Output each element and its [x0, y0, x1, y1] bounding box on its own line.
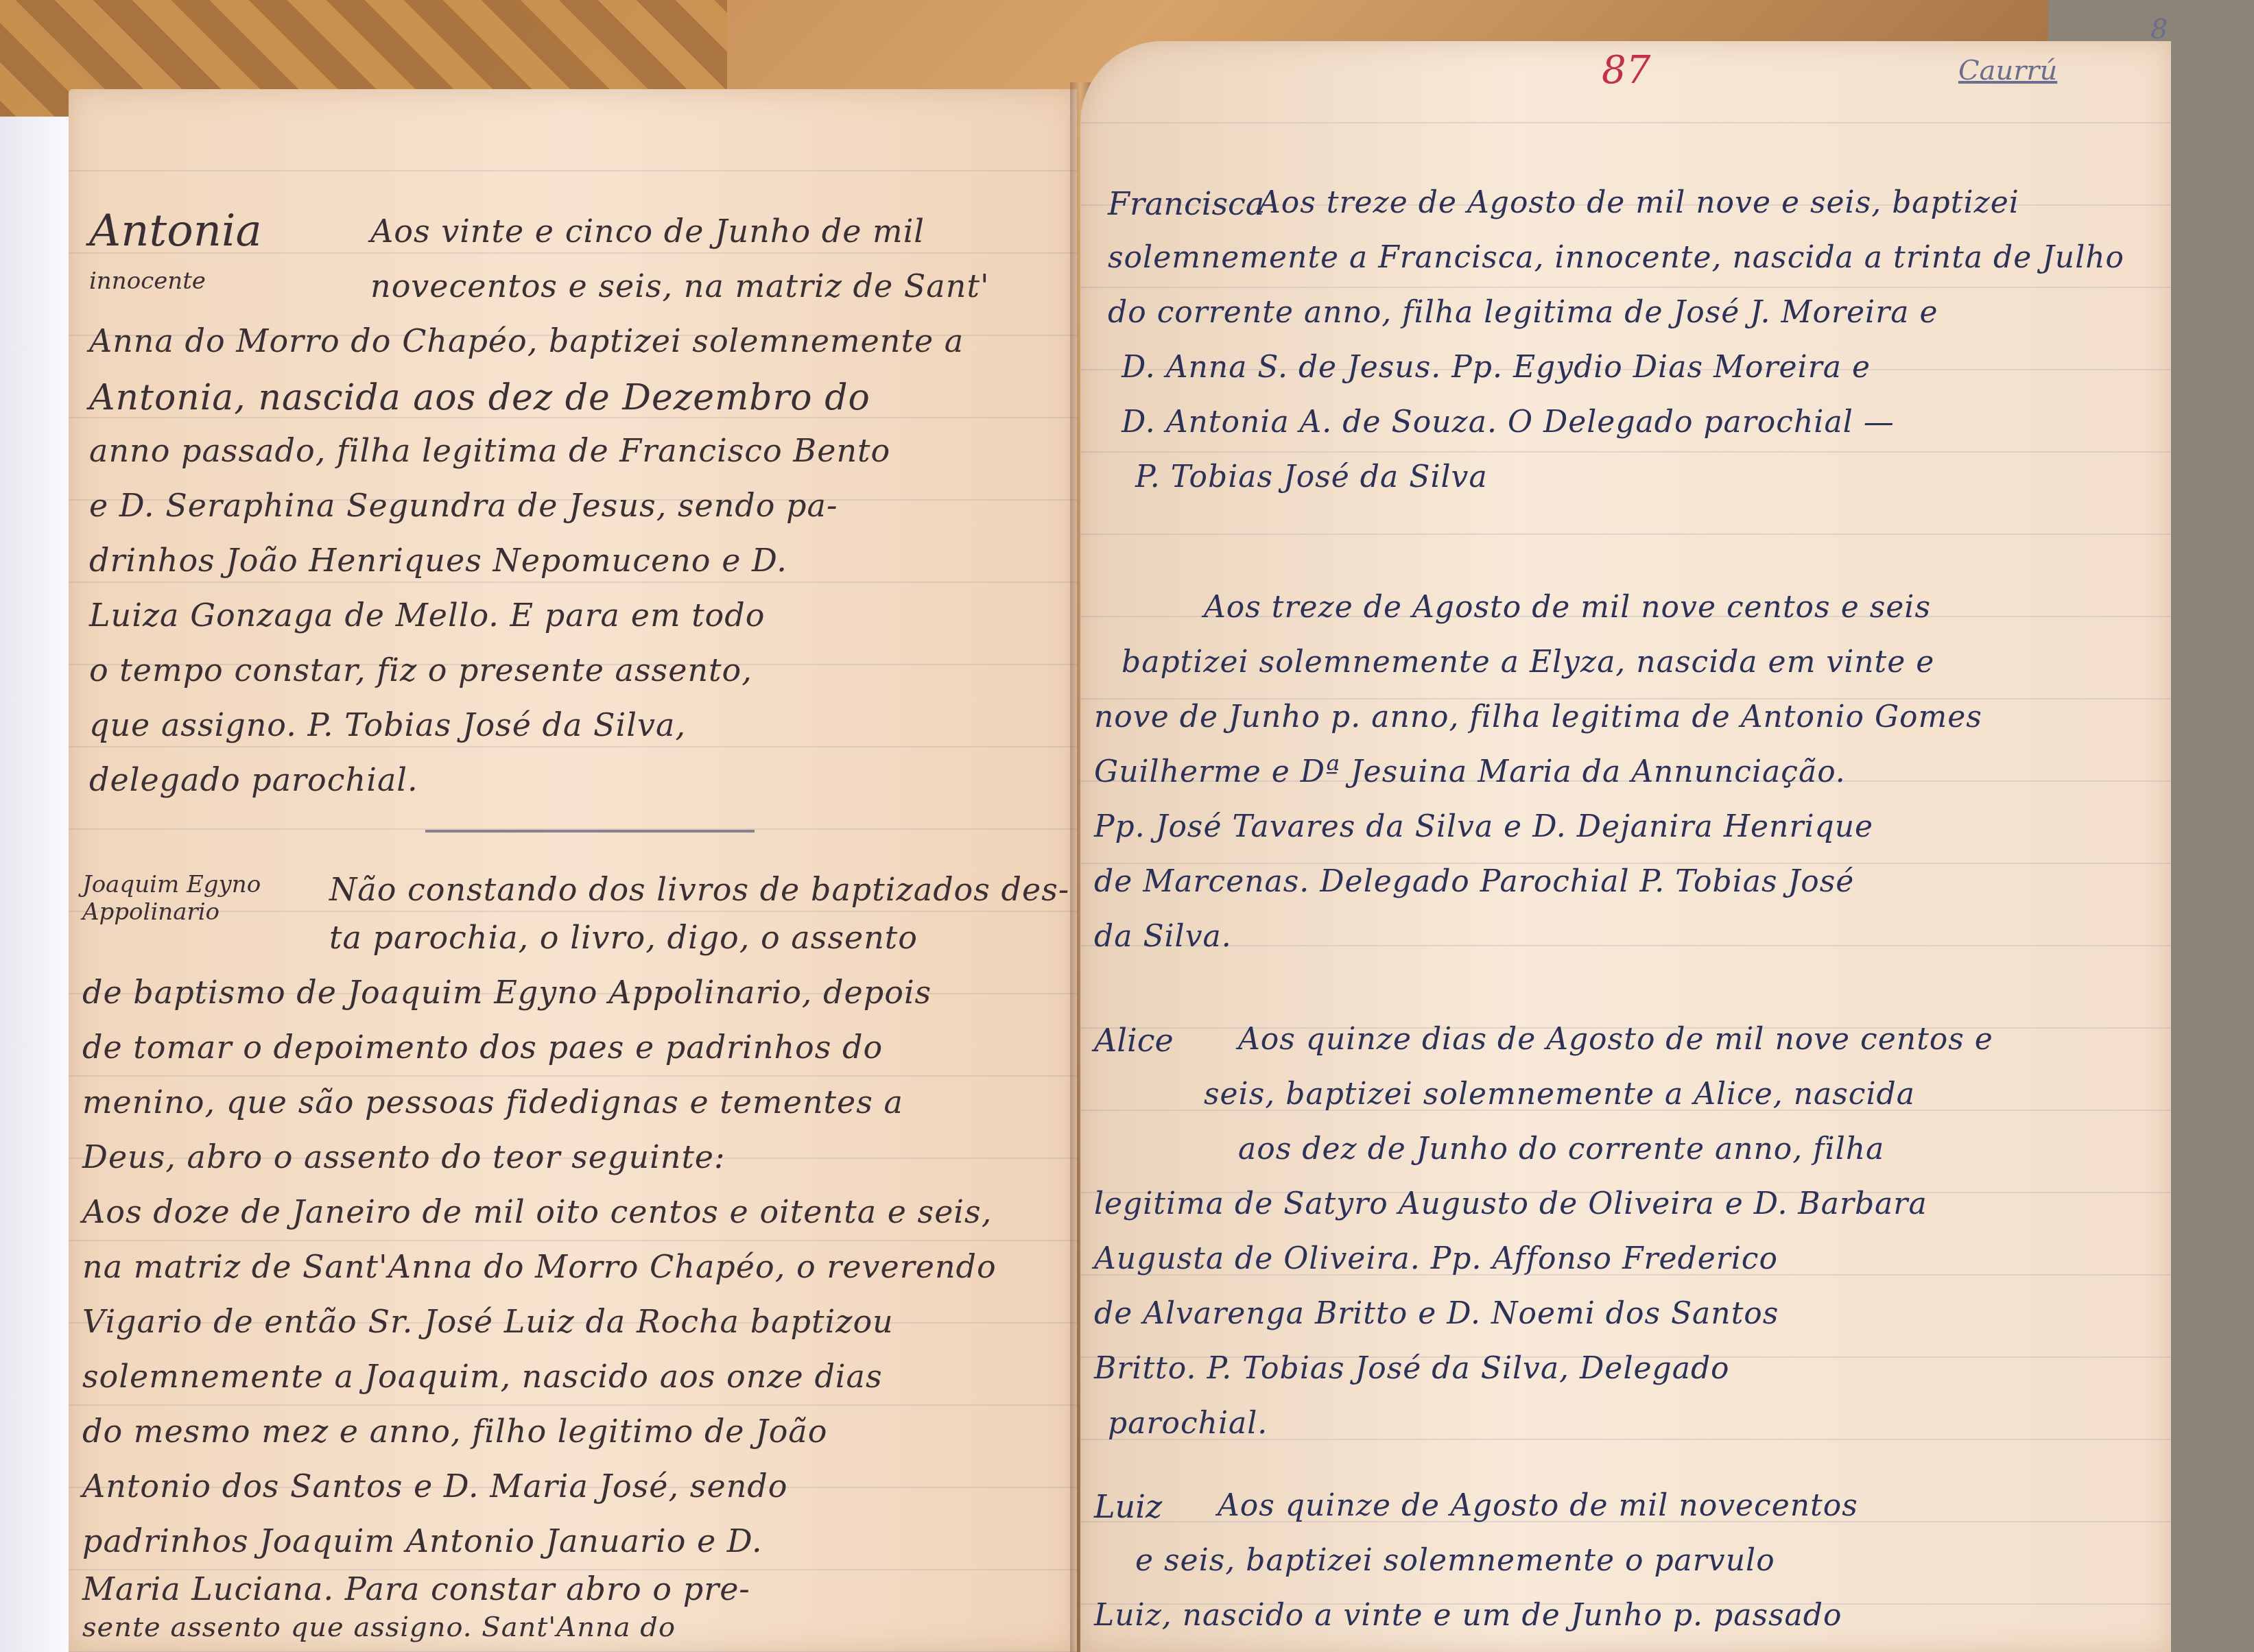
text-line: na matriz de Sant'Anna do Morro Chapéo, … — [82, 1248, 997, 1285]
margin-note: innocente — [89, 267, 206, 295]
margin-name: Alice — [1094, 1022, 1174, 1059]
text-line: Anna do Morro do Chapéo, baptizei solemn… — [89, 322, 964, 359]
corner-note: Caurrú — [1958, 55, 2057, 86]
margin-name: Francisca — [1108, 185, 1264, 222]
text-line: e seis, baptizei solemnemente o parvulo — [1135, 1543, 1775, 1578]
page-number: 87 — [1602, 48, 1650, 93]
corner-mark: 8 — [2150, 14, 2168, 45]
signature-line: que assigno. P. Tobias José da Silva, — [89, 706, 686, 743]
text-line: Augusta de Oliveira. Pp. Affonso Frederi… — [1094, 1241, 1778, 1276]
text-line: do mesmo mez e anno, filho legitimo de J… — [82, 1413, 827, 1450]
right-page: 87 Caurrú 8 Francisca Aos treze de Agost… — [1080, 41, 2171, 1652]
text-line: sente assento que assigno. Sant'Anna do — [82, 1612, 676, 1643]
text-line: Maria Luciana. Para constar abro o pre- — [82, 1570, 750, 1607]
text-line: Deus, abro o assento do teor seguinte: — [82, 1138, 726, 1175]
signature-line: Britto. P. Tobias José da Silva, Delegad… — [1094, 1351, 1730, 1386]
text-line: Aos vinte e cinco de Junho de mil — [370, 213, 925, 250]
entry-divider — [425, 830, 755, 833]
text-line: de baptismo de Joaquim Egyno Appolinario… — [82, 974, 932, 1011]
margin-name: Joaquim Egyno Appolinario — [82, 871, 309, 926]
text-line: o tempo constar, fiz o presente assento, — [89, 651, 752, 689]
text-line: Antonia, nascida aos dez de Dezembro do — [89, 377, 870, 418]
text-line: delegado parochial. — [89, 761, 418, 798]
text-line: D. Anna S. de Jesus. Pp. Egydio Dias Mor… — [1122, 350, 1871, 385]
text-line: novecentos e seis, na matriz de Sant' — [370, 267, 990, 304]
left-page: Antonia innocente Aos vinte e cinco de J… — [69, 89, 1077, 1652]
text-line: Aos treze de Agosto de mil nove e seis, … — [1259, 185, 2019, 220]
text-line: Pp. José Tavares da Silva e D. Dejanira … — [1094, 809, 1873, 844]
text-line: menino, que são pessoas fidedignas e tem… — [82, 1084, 903, 1121]
text-line: seis, baptizei solemnemente a Alice, nas… — [1204, 1077, 1915, 1112]
text-line: solemnemente a Joaquim, nascido aos onze… — [82, 1358, 883, 1395]
text-line: de Marcenas. Delegado Parochial P. Tobia… — [1094, 864, 1854, 899]
text-line: Aos treze de Agosto de mil nove centos e… — [1204, 590, 1931, 625]
text-line: Aos quinze dias de Agosto de mil nove ce… — [1238, 1022, 1993, 1057]
text-line: solemnemente a Francisca, innocente, nas… — [1108, 240, 2124, 275]
text-line: e D. Seraphina Segundra de Jesus, sendo … — [89, 487, 838, 524]
text-line: aos dez de Junho do corrente anno, filha — [1238, 1132, 1884, 1166]
text-line: Luiza Gonzaga de Mello. E para em todo — [89, 597, 765, 634]
text-line: padrinhos Joaquim Antonio Januario e D. — [82, 1522, 763, 1559]
margin-name: Antonia — [89, 206, 262, 256]
text-line: Vigario de então Sr. José Luiz da Rocha … — [82, 1303, 894, 1340]
text-line: Aos quinze de Agosto de mil novecentos — [1218, 1488, 1858, 1523]
text-line: Luiz, nascido a vinte e um de Junho p. p… — [1094, 1598, 1842, 1633]
text-line: do corrente anno, filha legitima de José… — [1108, 295, 1938, 330]
signature-line: P. Tobias José da Silva — [1135, 459, 1488, 494]
margin-name: Luiz — [1094, 1488, 1162, 1525]
text-line: Não constando dos livros de baptizados d… — [329, 871, 1069, 908]
book-binding-edge — [0, 117, 80, 1652]
text-line: Aos doze de Janeiro de mil oito centos e… — [82, 1193, 992, 1230]
text-line: anno passado, filha legitima de Francisc… — [89, 432, 890, 469]
signature-line: da Silva. — [1094, 919, 1232, 954]
text-line: ta parochia, o livro, digo, o assento — [329, 919, 918, 956]
text-line: D. Antonia A. de Souza. O Delegado paroc… — [1122, 405, 1895, 440]
text-line: baptizei solemnemente a Elyza, nascida e… — [1122, 645, 1934, 680]
text-line: Antonio dos Santos e D. Maria José, send… — [82, 1468, 787, 1505]
text-line: de tomar o depoimento dos paes e padrinh… — [82, 1029, 883, 1066]
text-line: nove de Junho p. anno, filha legitima de… — [1094, 699, 1982, 734]
text-line: de Alvarenga Britto e D. Noemi dos Santo… — [1094, 1296, 1779, 1331]
text-line: parochial. — [1108, 1406, 1268, 1441]
text-line: Guilherme e Dª Jesuina Maria da Annuncia… — [1094, 754, 1846, 789]
text-line: legitima de Satyro Augusto de Oliveira e… — [1094, 1186, 1927, 1221]
text-line: drinhos João Henriques Nepomuceno e D. — [89, 542, 787, 579]
